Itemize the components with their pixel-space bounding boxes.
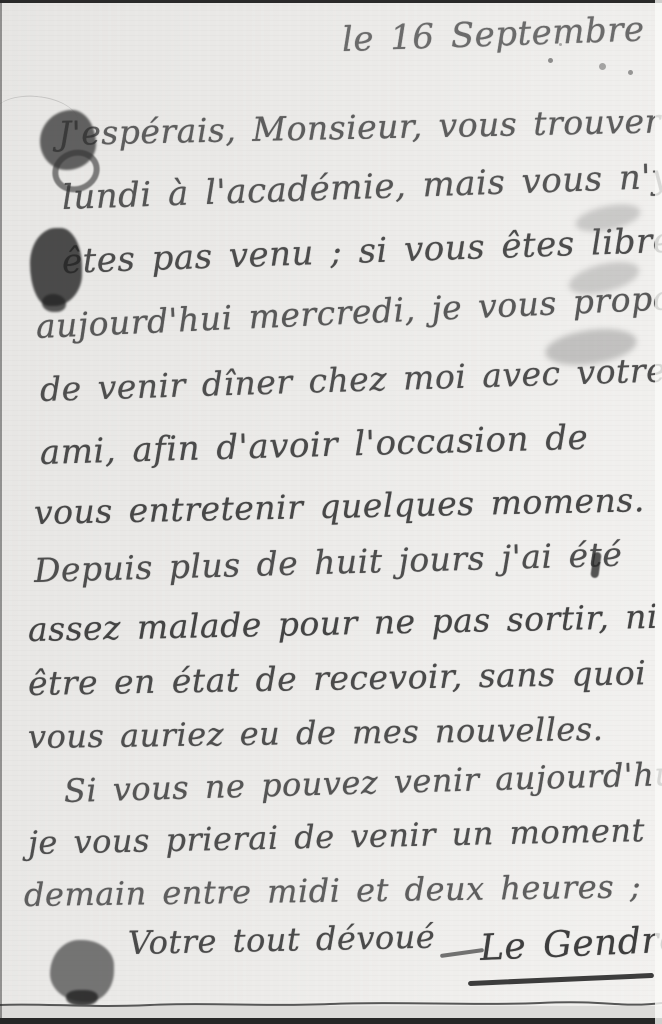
body-line-12: Si vous ne pouvez venir aujourd'hui,: [63, 754, 662, 810]
body-line-11: vous auriez eu de mes nouvelles.: [28, 710, 604, 756]
body-line-10: être en état de recevoir, sans quoi: [28, 653, 647, 703]
signature-flourish: [440, 948, 484, 958]
body-line-3: êtes pas venu ; si vous êtes libre: [61, 221, 662, 282]
body-line-9: assez malade pour ne pas sortir, ni: [28, 597, 659, 649]
paper-bottom-edge: [0, 994, 662, 1018]
letter-scan-page: le 16 Septembre 1829 J'espérais, Monsieu…: [0, 0, 662, 1024]
ink-blot-bottom: [50, 940, 114, 1002]
body-line-6: ami, afin d'avoir l'occasion de: [39, 418, 588, 473]
body-line-1: J'espérais, Monsieur, vous trouver: [58, 101, 662, 153]
body-line-7: vous entretenir quelques momens.: [34, 480, 646, 532]
closing-line: Votre tout dévoué: [128, 918, 436, 962]
body-line-14: demain entre midi et deux heures ;: [24, 867, 642, 914]
photo-border-left: [0, 0, 2, 1024]
body-line-13: je vous prierai de venir un moment: [28, 811, 646, 862]
photo-border-bottom: [0, 1018, 662, 1024]
body-line-2: lundi à l'académie, mais vous n'y: [61, 157, 662, 218]
photo-border-right: [655, 0, 662, 1024]
photo-border-top: [0, 0, 662, 3]
signature-underline: [468, 973, 654, 986]
ink-speckles: [548, 58, 553, 63]
body-line-8: Depuis plus de huit jours j'ai été: [33, 535, 622, 590]
signature: Le Gendre: [479, 919, 662, 969]
ink-blot-middle: [30, 228, 82, 306]
date-line: le 16 Septembre 1829: [341, 6, 662, 60]
